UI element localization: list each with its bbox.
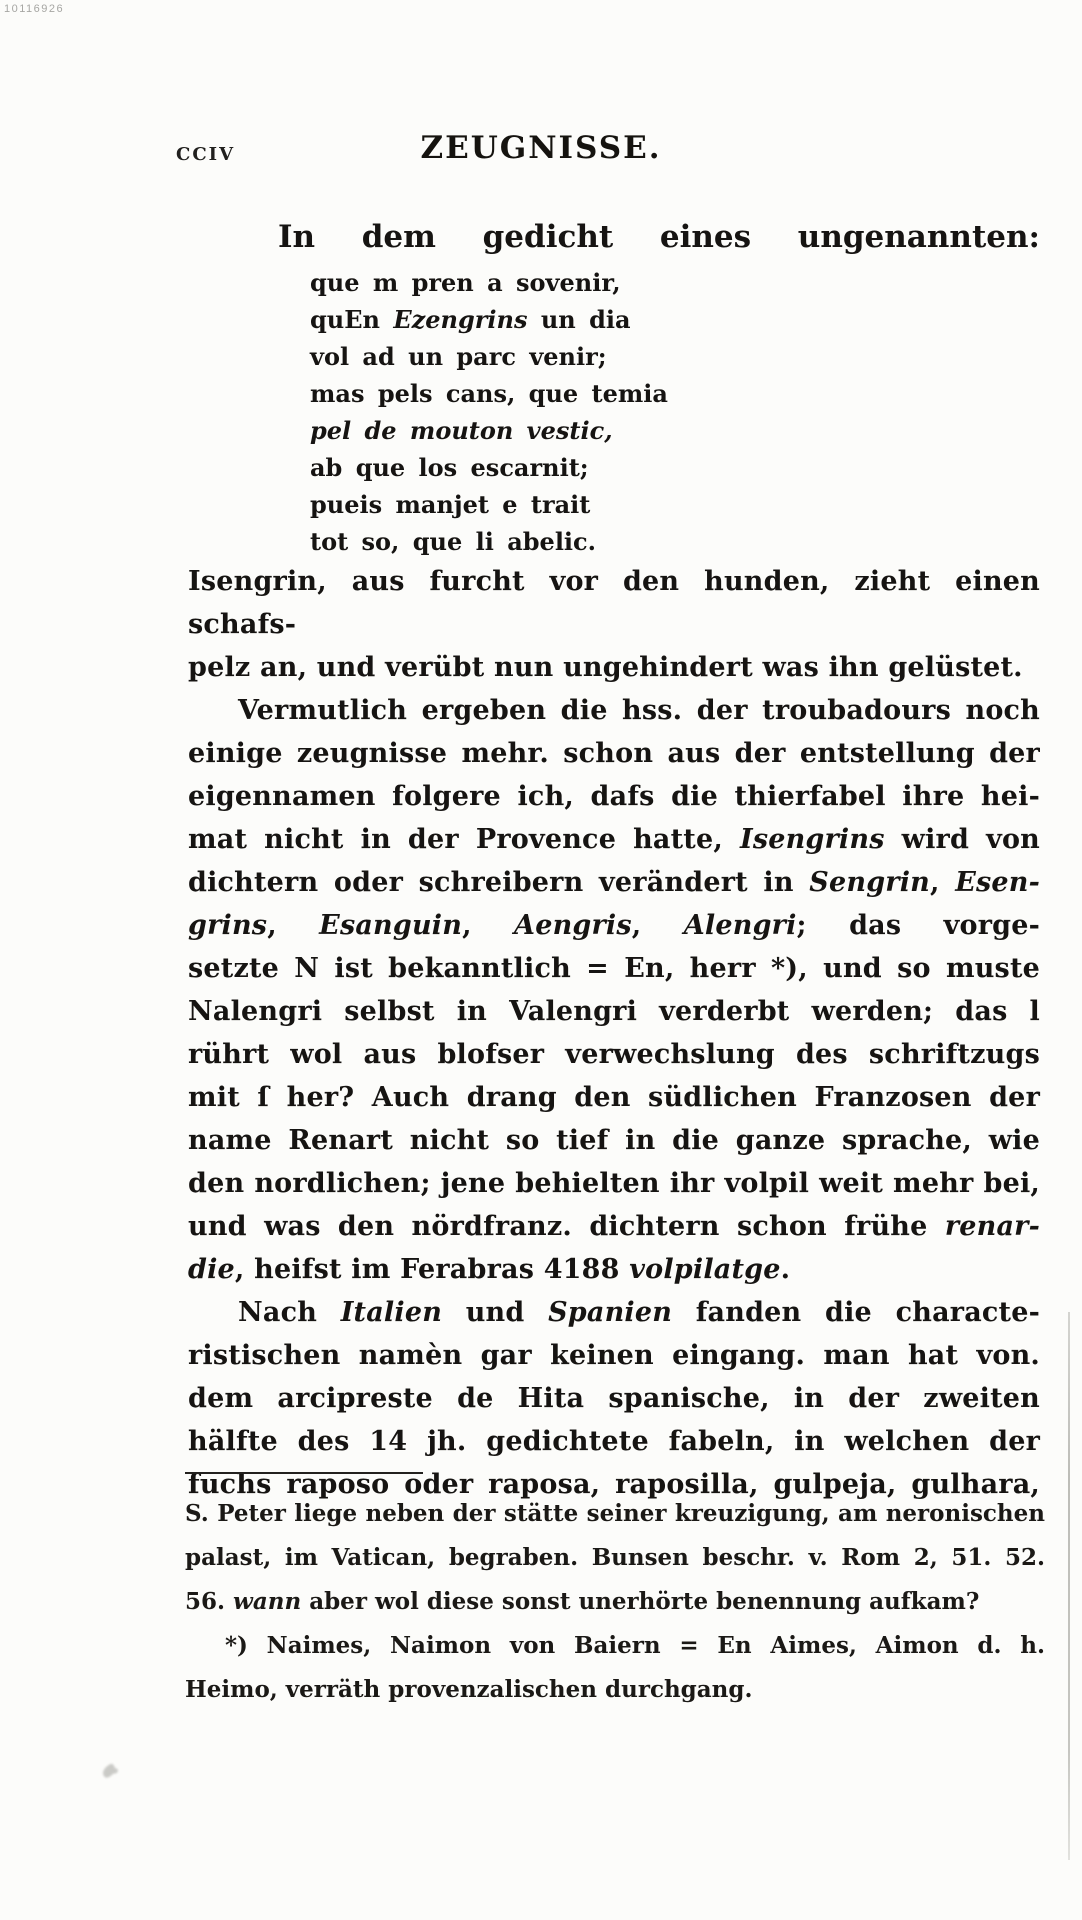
text-line: tot so, que li abelic.	[188, 523, 1040, 560]
text-line: rührt wol aus blofser verwechslung des s…	[188, 1033, 1040, 1076]
text-segment: dichtern oder schreibern verändert in	[188, 867, 809, 898]
text-segment: In dem gedicht eines ungenannten:	[278, 219, 1040, 255]
text-line: dichtern oder schreibern verändert in Se…	[188, 861, 1040, 904]
text-line: dem arcipreste de Hita spanische, in der…	[188, 1377, 1040, 1420]
text-line: ab que los escarnit;	[188, 449, 1040, 486]
text-line: einige zeugnisse mehr. schon aus der ent…	[188, 732, 1040, 775]
text-line: In dem gedicht eines ungenannten:	[188, 214, 1040, 260]
footnote-text: S. Peter liege neben der stätte seiner k…	[185, 1492, 1045, 1712]
text-segment: name Renart nicht so tief in die ganze s…	[188, 1125, 1040, 1156]
text-segment: hälfte des 14 jh. gedichtete fabeln, in …	[188, 1426, 1040, 1457]
text-line: Heimo, verräth provenzalischen durchgang…	[185, 1668, 1045, 1712]
text-segment: ,	[462, 910, 514, 941]
text-line: quEn Ezengrins un dia	[188, 301, 1040, 338]
text-segment: pueis manjet e trait	[310, 490, 590, 519]
text-segment: und was den nördfranz. dichtern schon fr…	[188, 1211, 945, 1242]
scan-smudge	[100, 1763, 117, 1779]
verse-block: que m pren a sovenir,quEn Ezengrins un d…	[188, 264, 1040, 560]
text-segment: eigennamen folgere ich, dafs die thierfa…	[188, 781, 1040, 812]
italic-text: Ezengrins	[393, 305, 527, 334]
text-line: vol ad un parc venir;	[188, 338, 1040, 375]
text-segment: fanden die characte-	[672, 1297, 1040, 1328]
text-segment: den nordlichen; jene behielten ihr volpi…	[188, 1168, 1040, 1199]
italic-text: Isengrins	[740, 824, 885, 855]
text-segment: Isengrin, aus furcht vor den hunden, zie…	[188, 566, 1040, 640]
text-line: ristischen namèn gar keinen eingang. man…	[188, 1334, 1040, 1377]
text-segment: pelz an, und verübt nun ungehindert was …	[188, 652, 1023, 683]
text-segment: aber wol diese sonst unerhörte benennung…	[301, 1588, 979, 1615]
text-segment: ab que los escarnit;	[310, 453, 589, 482]
italic-text: pel de mouton vestic,	[310, 416, 613, 445]
text-segment: Nach	[238, 1297, 341, 1328]
italic-text: wann	[233, 1588, 301, 1615]
text-segment: ; das vorge-	[797, 910, 1040, 941]
text-line: name Renart nicht so tief in die ganze s…	[188, 1119, 1040, 1162]
italic-text: Italien	[341, 1297, 442, 1328]
text-segment: mit ſ her? Auch drang den südlichen Fran…	[188, 1082, 1040, 1113]
text-line: pel de mouton vestic,	[188, 412, 1040, 449]
text-segment: *) Naimes, Naimon von Baiern = En Aimes,…	[225, 1632, 1045, 1659]
text-line: que m pren a sovenir,	[188, 264, 1040, 301]
para-block: Vermutlich ergeben die hss. der troubado…	[188, 689, 1040, 1291]
footnote-separator-rule	[185, 1472, 423, 1474]
text-line: Isengrin, aus furcht vor den hunden, zie…	[188, 560, 1040, 646]
text-line: S. Peter liege neben der stätte seiner k…	[185, 1492, 1045, 1536]
scan-edge-artifact	[1068, 1312, 1070, 1860]
text-segment: que m pren a sovenir,	[310, 268, 621, 297]
text-segment: vol ad un parc venir;	[310, 342, 607, 371]
text-line: 56. wann aber wol diese sonst unerhörte …	[185, 1580, 1045, 1624]
text-line: pueis manjet e trait	[188, 486, 1040, 523]
italic-text: Esanguin	[319, 910, 462, 941]
text-segment: .	[781, 1254, 791, 1285]
scanned-book-page: 10116926 CCIV ZEUGNISSE. In dem gedicht …	[0, 0, 1082, 1920]
text-line: pelz an, und verübt nun ungehindert was …	[188, 646, 1040, 689]
text-segment: einige zeugnisse mehr. schon aus der ent…	[188, 738, 1040, 769]
scan-corner-number: 10116926	[4, 3, 64, 15]
text-segment: und	[442, 1297, 548, 1328]
body-text: In dem gedicht eines ungenannten:que m p…	[188, 214, 1040, 1506]
text-line: grins, Esanguin, Aengris, Alengri; das v…	[188, 904, 1040, 947]
text-line: Vermutlich ergeben die hss. der troubado…	[188, 689, 1040, 732]
italic-text: renar-	[945, 1211, 1040, 1242]
running-title: ZEUGNISSE.	[0, 130, 1082, 166]
text-segment: palast, im Vatican, begraben. Bunsen bes…	[185, 1544, 1045, 1571]
text-line: Nach Italien und Spanien fanden die char…	[188, 1291, 1040, 1334]
text-segment: ,	[632, 910, 684, 941]
text-line: Nalengri selbst in Valengri verderbt wer…	[188, 990, 1040, 1033]
text-line: eigennamen folgere ich, dafs die thierfa…	[188, 775, 1040, 818]
text-segment: Vermutlich ergeben die hss. der troubado…	[238, 695, 1040, 726]
text-line: den nordlichen; jene behielten ihr volpi…	[188, 1162, 1040, 1205]
italic-text: grins	[188, 910, 267, 941]
text-segment: ristischen namèn gar keinen eingang. man…	[188, 1340, 1040, 1371]
text-segment: Heimo, verräth provenzalischen durchgang…	[185, 1676, 752, 1703]
text-segment: mas pels cans, que temia	[310, 379, 668, 408]
italic-text: volpilatge	[629, 1254, 780, 1285]
text-line: hälfte des 14 jh. gedichtete fabeln, in …	[188, 1420, 1040, 1463]
text-segment: ,	[267, 910, 319, 941]
text-segment: wird von	[885, 824, 1040, 855]
text-segment: S. Peter liege neben der stätte seiner k…	[185, 1500, 1045, 1527]
text-line: die, heifst im Ferabras 4188 volpilatge.	[188, 1248, 1040, 1291]
text-segment: tot so, que li abelic.	[310, 527, 596, 556]
text-segment: un dia	[527, 305, 630, 334]
text-line: palast, im Vatican, begraben. Bunsen bes…	[185, 1536, 1045, 1580]
italic-text: Sengrin	[809, 867, 930, 898]
text-line: mas pels cans, que temia	[188, 375, 1040, 412]
text-segment: Nalengri selbst in Valengri verderbt wer…	[188, 996, 1040, 1027]
para-block: Isengrin, aus furcht vor den hunden, zie…	[188, 560, 1040, 689]
italic-text: die	[188, 1254, 235, 1285]
text-line: setzte N ist bekanntlich = En, herr *), …	[188, 947, 1040, 990]
text-segment: rührt wol aus blofser verwechslung des s…	[188, 1039, 1040, 1070]
text-line: mat nicht in der Provence hatte, Isengri…	[188, 818, 1040, 861]
italic-text: Spanien	[548, 1297, 672, 1328]
italic-text: Esen-	[955, 867, 1040, 898]
italic-text: Aengris	[514, 910, 632, 941]
text-line: und was den nördfranz. dichtern schon fr…	[188, 1205, 1040, 1248]
text-segment: dem arcipreste de Hita spanische, in der…	[188, 1383, 1040, 1414]
italic-text: Alengri	[684, 910, 797, 941]
text-segment: 56.	[185, 1588, 233, 1615]
text-line: mit ſ her? Auch drang den südlichen Fran…	[188, 1076, 1040, 1119]
text-segment: quEn	[310, 305, 393, 334]
intro-block: In dem gedicht eines ungenannten:	[188, 214, 1040, 260]
text-segment: ,	[930, 867, 955, 898]
text-line: *) Naimes, Naimon von Baiern = En Aimes,…	[185, 1624, 1045, 1668]
text-segment: , heifst im Ferabras 4188	[235, 1254, 629, 1285]
text-segment: mat nicht in der Provence hatte,	[188, 824, 740, 855]
text-segment: setzte N ist bekanntlich = En, herr *), …	[188, 953, 1040, 984]
